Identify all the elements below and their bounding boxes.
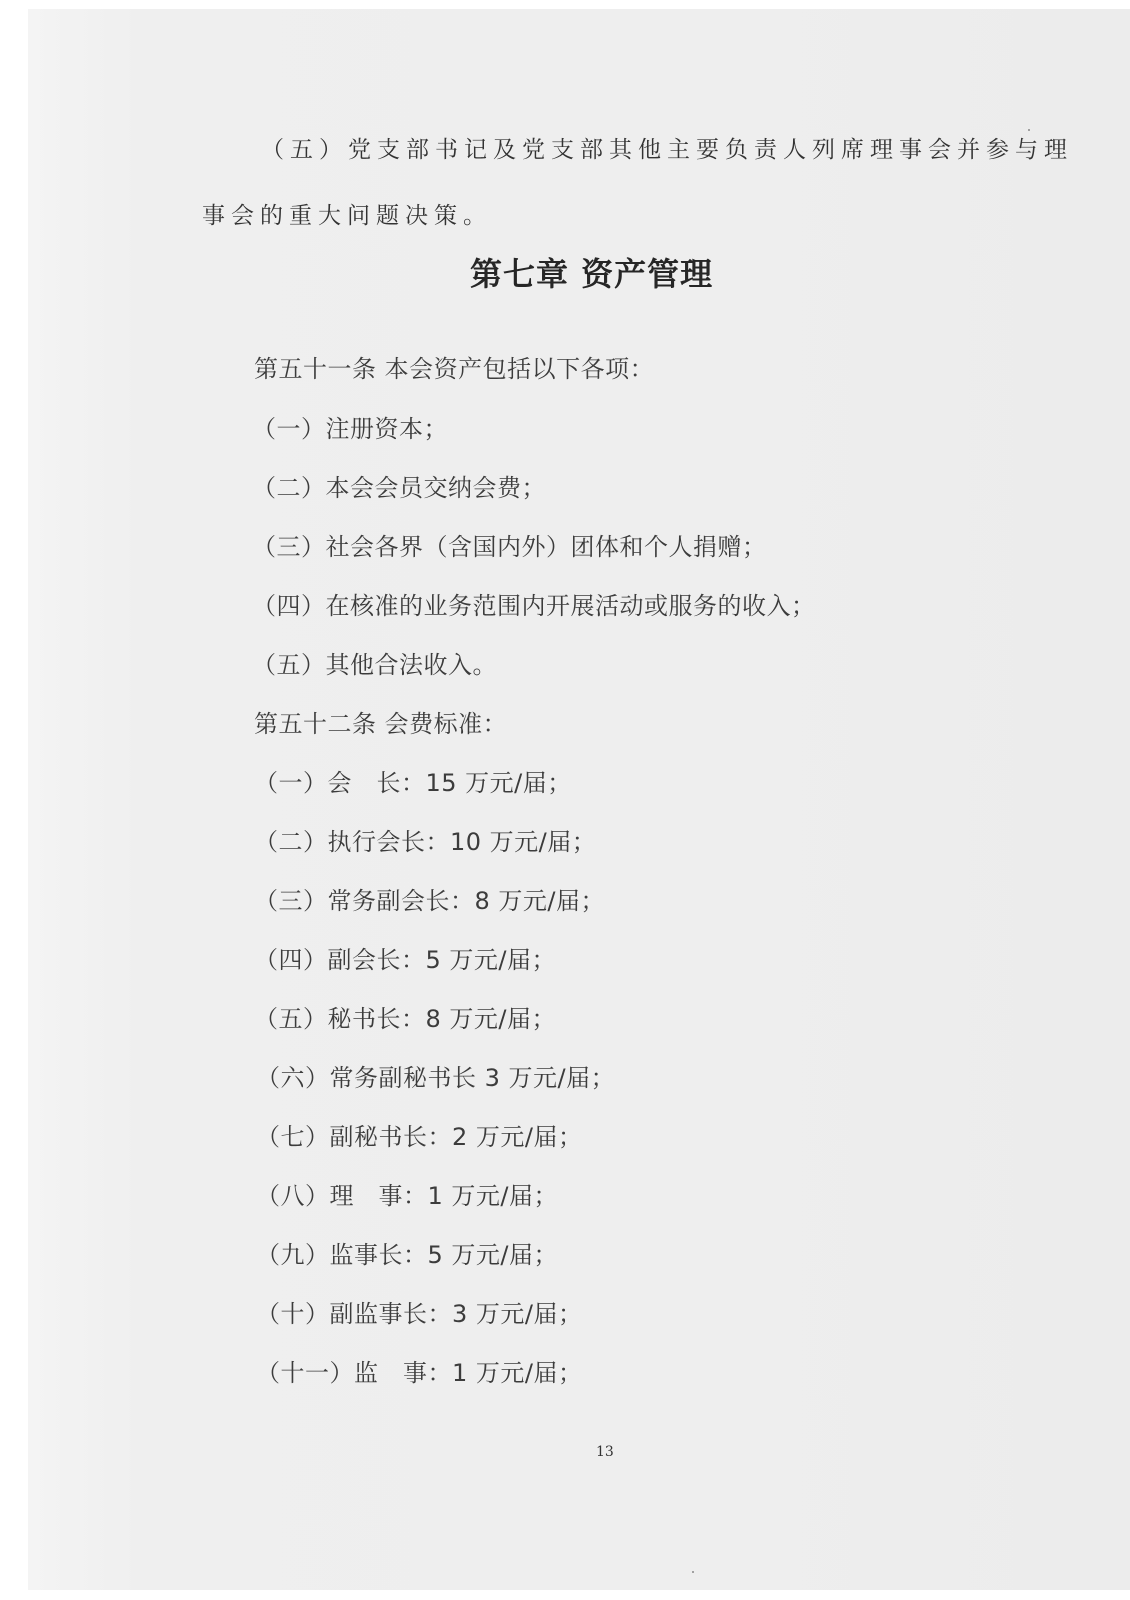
article-title: 第五十二条 会费标准： <box>254 704 507 739</box>
fee-item: （三）常务副会长：8 万元/届； <box>254 881 605 916</box>
fee-item: （四）副会长：5 万元/届； <box>254 940 556 975</box>
list-item: （四）在核准的业务范围内开展活动或服务的收入； <box>252 586 816 621</box>
paragraph-line: （五）党支部书记及党支部其他主要负责人列席理事会并参与理 <box>261 131 1073 164</box>
scan-speck <box>1028 129 1030 131</box>
fee-item: （九）监事长：5 万元/届； <box>256 1235 558 1270</box>
fee-item: （十一）监 事：1 万元/届； <box>256 1353 582 1388</box>
fee-item: （六）常务副秘书长 3 万元/届； <box>256 1058 615 1093</box>
list-item: （二）本会会员交纳会费； <box>252 468 546 503</box>
fee-item: （二）执行会长：10 万元/届； <box>254 822 596 857</box>
scan-speck <box>692 1571 694 1573</box>
page-number: 13 <box>596 1444 614 1460</box>
paragraph-line: 事会的重大问题决策。 <box>202 197 492 230</box>
fee-item: （七）副秘书长：2 万元/届； <box>256 1117 582 1152</box>
list-item: （一）注册资本； <box>252 409 448 444</box>
list-item: （三）社会各界（含国内外）团体和个人捐赠； <box>252 527 767 562</box>
fee-item: （十）副监事长：3 万元/届； <box>256 1294 582 1329</box>
fee-item: （一）会 长：15 万元/届； <box>254 763 572 798</box>
fee-item: （八）理 事：1 万元/届； <box>256 1176 558 1211</box>
chapter-title: 第七章 资产管理 <box>470 249 713 295</box>
document-page: （五）党支部书记及党支部其他主要负责人列席理事会并参与理 事会的重大问题决策。 … <box>28 9 1130 1590</box>
fee-item: （五）秘书长：8 万元/届； <box>254 999 556 1034</box>
list-item: （五）其他合法收入。 <box>252 645 497 680</box>
article-title: 第五十一条 本会资产包括以下各项： <box>254 349 654 384</box>
